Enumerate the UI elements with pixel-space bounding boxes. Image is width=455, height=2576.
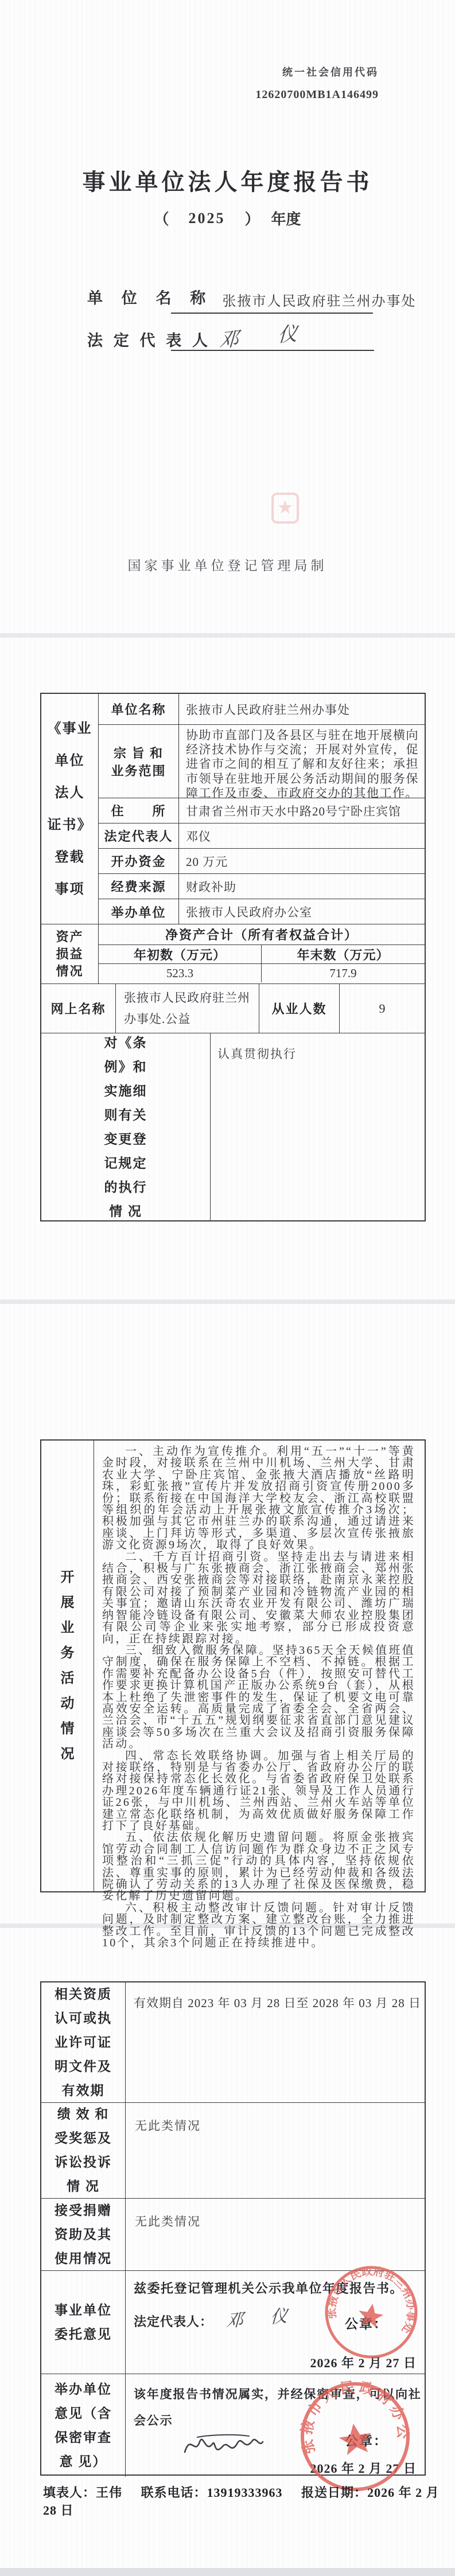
- scanned-annual-report-document: 统一社会信用代码 12620700MB1A146499 事业单位法人年度报告书 …: [0, 0, 455, 2576]
- field-label: 法定代表人: [99, 823, 179, 848]
- unit-name-underline: [171, 313, 373, 314]
- page-break-line: [0, 633, 455, 638]
- field-value: 张掖市人民政府驻兰州办事处: [179, 694, 425, 724]
- performance-row: 绩 效 和 受奖惩及 诉讼投诉 情 况 无此类情况: [41, 2103, 425, 2199]
- begin-year-header: 年初数（万元）: [99, 945, 262, 963]
- entrust-label: 事业单位 委托意见: [41, 2271, 126, 2374]
- business-activity-text: 一、主动作为宣传推介。利用“五一”“十一”等黄金时段，对接联系在兰州中川机场、兰…: [94, 1441, 425, 1891]
- legal-rep-label: 法 定 代 表 人: [87, 328, 211, 350]
- donation-value: 无此类情况: [126, 2199, 425, 2270]
- sponsor-opinion-row: 举办单位 意见（含 保密审查 意 见） 该年度报告书情况属实，并经保密审查，可以…: [41, 2374, 425, 2477]
- unit-name-value: 张掖市人民政府驻兰州办事处: [0, 290, 455, 310]
- net-assets-header: 净资产合计（所有者权益合计）: [99, 924, 425, 945]
- web-name-row: 网上名称 张掖市人民政府驻兰州办事处.公益 从业人数 9: [41, 984, 425, 1033]
- national-emblem-watermark: [271, 492, 300, 525]
- credit-code-block: 统一社会信用代码 12620700MB1A146499: [241, 64, 379, 102]
- field-value: 张掖市人民政府办公室: [179, 899, 425, 924]
- web-name-value: 张掖市人民政府驻兰州办事处.公益: [116, 984, 259, 1033]
- year-paren-close: ）: [244, 208, 259, 229]
- paragraph: 六、积极主动整改审计反馈问题。针对审计反馈问题，及时制定整改方案、建立整改台账，…: [102, 1902, 415, 1949]
- page-break-line: [0, 2568, 455, 2576]
- sponsor-date: 2026 年 2 月 27 日: [310, 2459, 417, 2477]
- regulation-row: 对《条 例》和 实施细 则有关 变更登 记规定 的执行 情 况 认真贯彻执行: [41, 1033, 425, 1221]
- staff-count-label: 从业人数: [259, 984, 340, 1033]
- paragraph: 四、常态长效联络协调。加强与省上相关厅局的对接联络，特别是与省委办公厅、省政府办…: [102, 1750, 415, 1832]
- preparer: 填表人：王伟: [43, 2485, 122, 2500]
- entrust-rep-signature: 邓 仪: [225, 2301, 288, 2332]
- field-value: 甘肃省兰州市天水中路20号宁卧庄宾馆: [179, 798, 425, 823]
- issuing-authority: 国家事业单位登记管理局制: [0, 555, 455, 574]
- license-value: 有效期自 2023 年 03 月 28 日至 2028 年 03 月 28 日: [126, 1982, 425, 2102]
- business-activity-table: 开 展 业 务 活 动 情 况 一、主动作为宣传推介。利用“五一”“十一”等黄金…: [40, 1439, 426, 1892]
- regulation-label: 对《条 例》和 实施细 则有关 变更登 记规定 的执行 情 况: [41, 1033, 211, 1221]
- stamp-label: 公章：: [345, 2313, 388, 2332]
- document-title: 事业单位法人年度报告书: [0, 164, 455, 197]
- asset-section-label: 资产 损益 情况: [41, 924, 99, 983]
- sponsor-content: 该年度报告书情况属实，并经保密审查，可以向社会公示 公章： 2026 年 2 月…: [126, 2374, 425, 2477]
- contact-phone: 联系电话：13919333963: [141, 2485, 283, 2500]
- field-value: 财政补助: [179, 874, 425, 899]
- table-row: 宗 旨 和 业务范围 协助市直部门及各县区与驻在地开展横向经济技术协作与交流；开…: [99, 725, 425, 798]
- field-label: 举办单位: [99, 899, 179, 924]
- field-value: 20 万元: [179, 849, 425, 873]
- entrust-opinion-row: 事业单位 委托意见 兹委托登记管理机关公示我单位年度报告书。 法定代表人： 邓 …: [41, 2271, 425, 2374]
- end-year-value: 717.9: [262, 964, 425, 982]
- cert-items-table: 《事业 单位 法人 证书》 登载 事项 单位名称 张掖市人民政府驻兰州办事处 宗…: [40, 693, 426, 1221]
- performance-value: 无此类情况: [126, 2103, 425, 2198]
- sponsor-statement: 该年度报告书情况属实，并经保密审查，可以向社会公示: [134, 2381, 423, 2434]
- regulation-value: 认真贯彻执行: [211, 1033, 425, 1221]
- sponsor-handwritten-signature: [180, 2427, 266, 2460]
- field-value: 协助市直部门及各县区与驻在地开展横向经济技术协作与交流；开展对外宣传，促进省市之…: [179, 725, 425, 798]
- credit-code-value: 12620700MB1A146499: [241, 88, 379, 102]
- field-label: 住 所: [99, 798, 179, 823]
- stamp-label: 公章：: [345, 2430, 388, 2449]
- legal-rep-signature: 邓 仪: [219, 318, 298, 353]
- business-activity-label: 开 展 业 务 活 动 情 况: [41, 1441, 94, 1891]
- paragraph: 一、主动作为宣传推介。利用“五一”“十一”等黄金时段，对接联系在兰州中川机场、兰…: [102, 1446, 415, 1551]
- asset-row: 资产 损益 情况 净资产合计（所有者权益合计） 年初数（万元） 年末数（万元） …: [41, 924, 425, 984]
- paragraph: 二、千方百计招商引资。坚持走出去与请进来相结合，积极与广东张掖商会、浙江张掖商会…: [102, 1551, 415, 1645]
- donation-label: 接受捐赠 资助及其 使用情况: [41, 2199, 126, 2270]
- report-year: 2025: [188, 210, 225, 227]
- entrust-date: 2026 年 2 月 27 日: [310, 2353, 417, 2371]
- performance-label: 绩 效 和 受奖惩及 诉讼投诉 情 况: [41, 2103, 126, 2198]
- begin-year-value: 523.3: [99, 964, 262, 982]
- license-label: 相关资质 认可或执 业许可证 明文件及 有效期: [41, 1982, 126, 2102]
- report-footer: 填表人：王伟 联系电话：13919333963 报送日期：2026 年 2 月 …: [43, 2483, 455, 2519]
- table-row: 住 所 甘肃省兰州市天水中路20号宁卧庄宾馆: [99, 798, 425, 823]
- end-year-header: 年末数（万元）: [262, 945, 425, 963]
- year-paren-open: （: [154, 208, 169, 229]
- field-label: 宗 旨 和 业务范围: [99, 725, 179, 798]
- field-value: 邓仪: [179, 823, 425, 848]
- credit-code-label: 统一社会信用代码: [241, 64, 379, 79]
- table-row: 开办资金 20 万元: [99, 849, 425, 874]
- table-row: 经费来源 财政补助: [99, 874, 425, 899]
- field-label: 经费来源: [99, 874, 179, 899]
- field-label: 单位名称: [99, 694, 179, 724]
- table-row: 举办单位 张掖市人民政府办公室: [99, 899, 425, 924]
- unit-red-seal: 张掖市人民政府驻兰州办事处: [314, 2255, 428, 2369]
- table-row: 单位名称 张掖市人民政府驻兰州办事处: [99, 694, 425, 725]
- license-row: 相关资质 认可或执 业许可证 明文件及 有效期 有效期自 2023 年 03 月…: [41, 1982, 425, 2103]
- year-suffix: 年度: [271, 208, 301, 229]
- page-break-line: [0, 1299, 455, 1304]
- field-label: 开办资金: [99, 849, 179, 873]
- sponsor-label: 举办单位 意见（含 保密审查 意 见）: [41, 2374, 126, 2477]
- web-name-label: 网上名称: [41, 984, 116, 1033]
- misc-opinions-table: 相关资质 认可或执 业许可证 明文件及 有效期 有效期自 2023 年 03 月…: [40, 1981, 426, 2476]
- legal-rep-underline: [171, 350, 374, 351]
- staff-count-value: 9: [340, 984, 425, 1033]
- report-year-line: （ 2025 ） 年度: [0, 208, 455, 229]
- table-row: 法定代表人 邓仪: [99, 823, 425, 849]
- entrust-rep-label: 法定代表人：: [134, 2312, 213, 2330]
- donation-row: 接受捐赠 资助及其 使用情况 无此类情况: [41, 2199, 425, 2271]
- cert-section-label: 《事业 单位 法人 证书》 登载 事项: [41, 694, 99, 924]
- paragraph: 五、依法依规化解历史遗留问题。将原金张掖宾馆劳动合同制工人信访问题作为群众身边不…: [102, 1832, 415, 1902]
- paragraph: 三、细致入微服务保障。坚持365天全天候值班值守制度，确保在服务保障上不空档、不…: [102, 1645, 415, 1750]
- entrust-content: 兹委托登记管理机关公示我单位年度报告书。 法定代表人： 邓 仪 公章： 2026…: [126, 2271, 425, 2374]
- entrust-statement: 兹委托登记管理机关公示我单位年度报告书。: [134, 2279, 403, 2297]
